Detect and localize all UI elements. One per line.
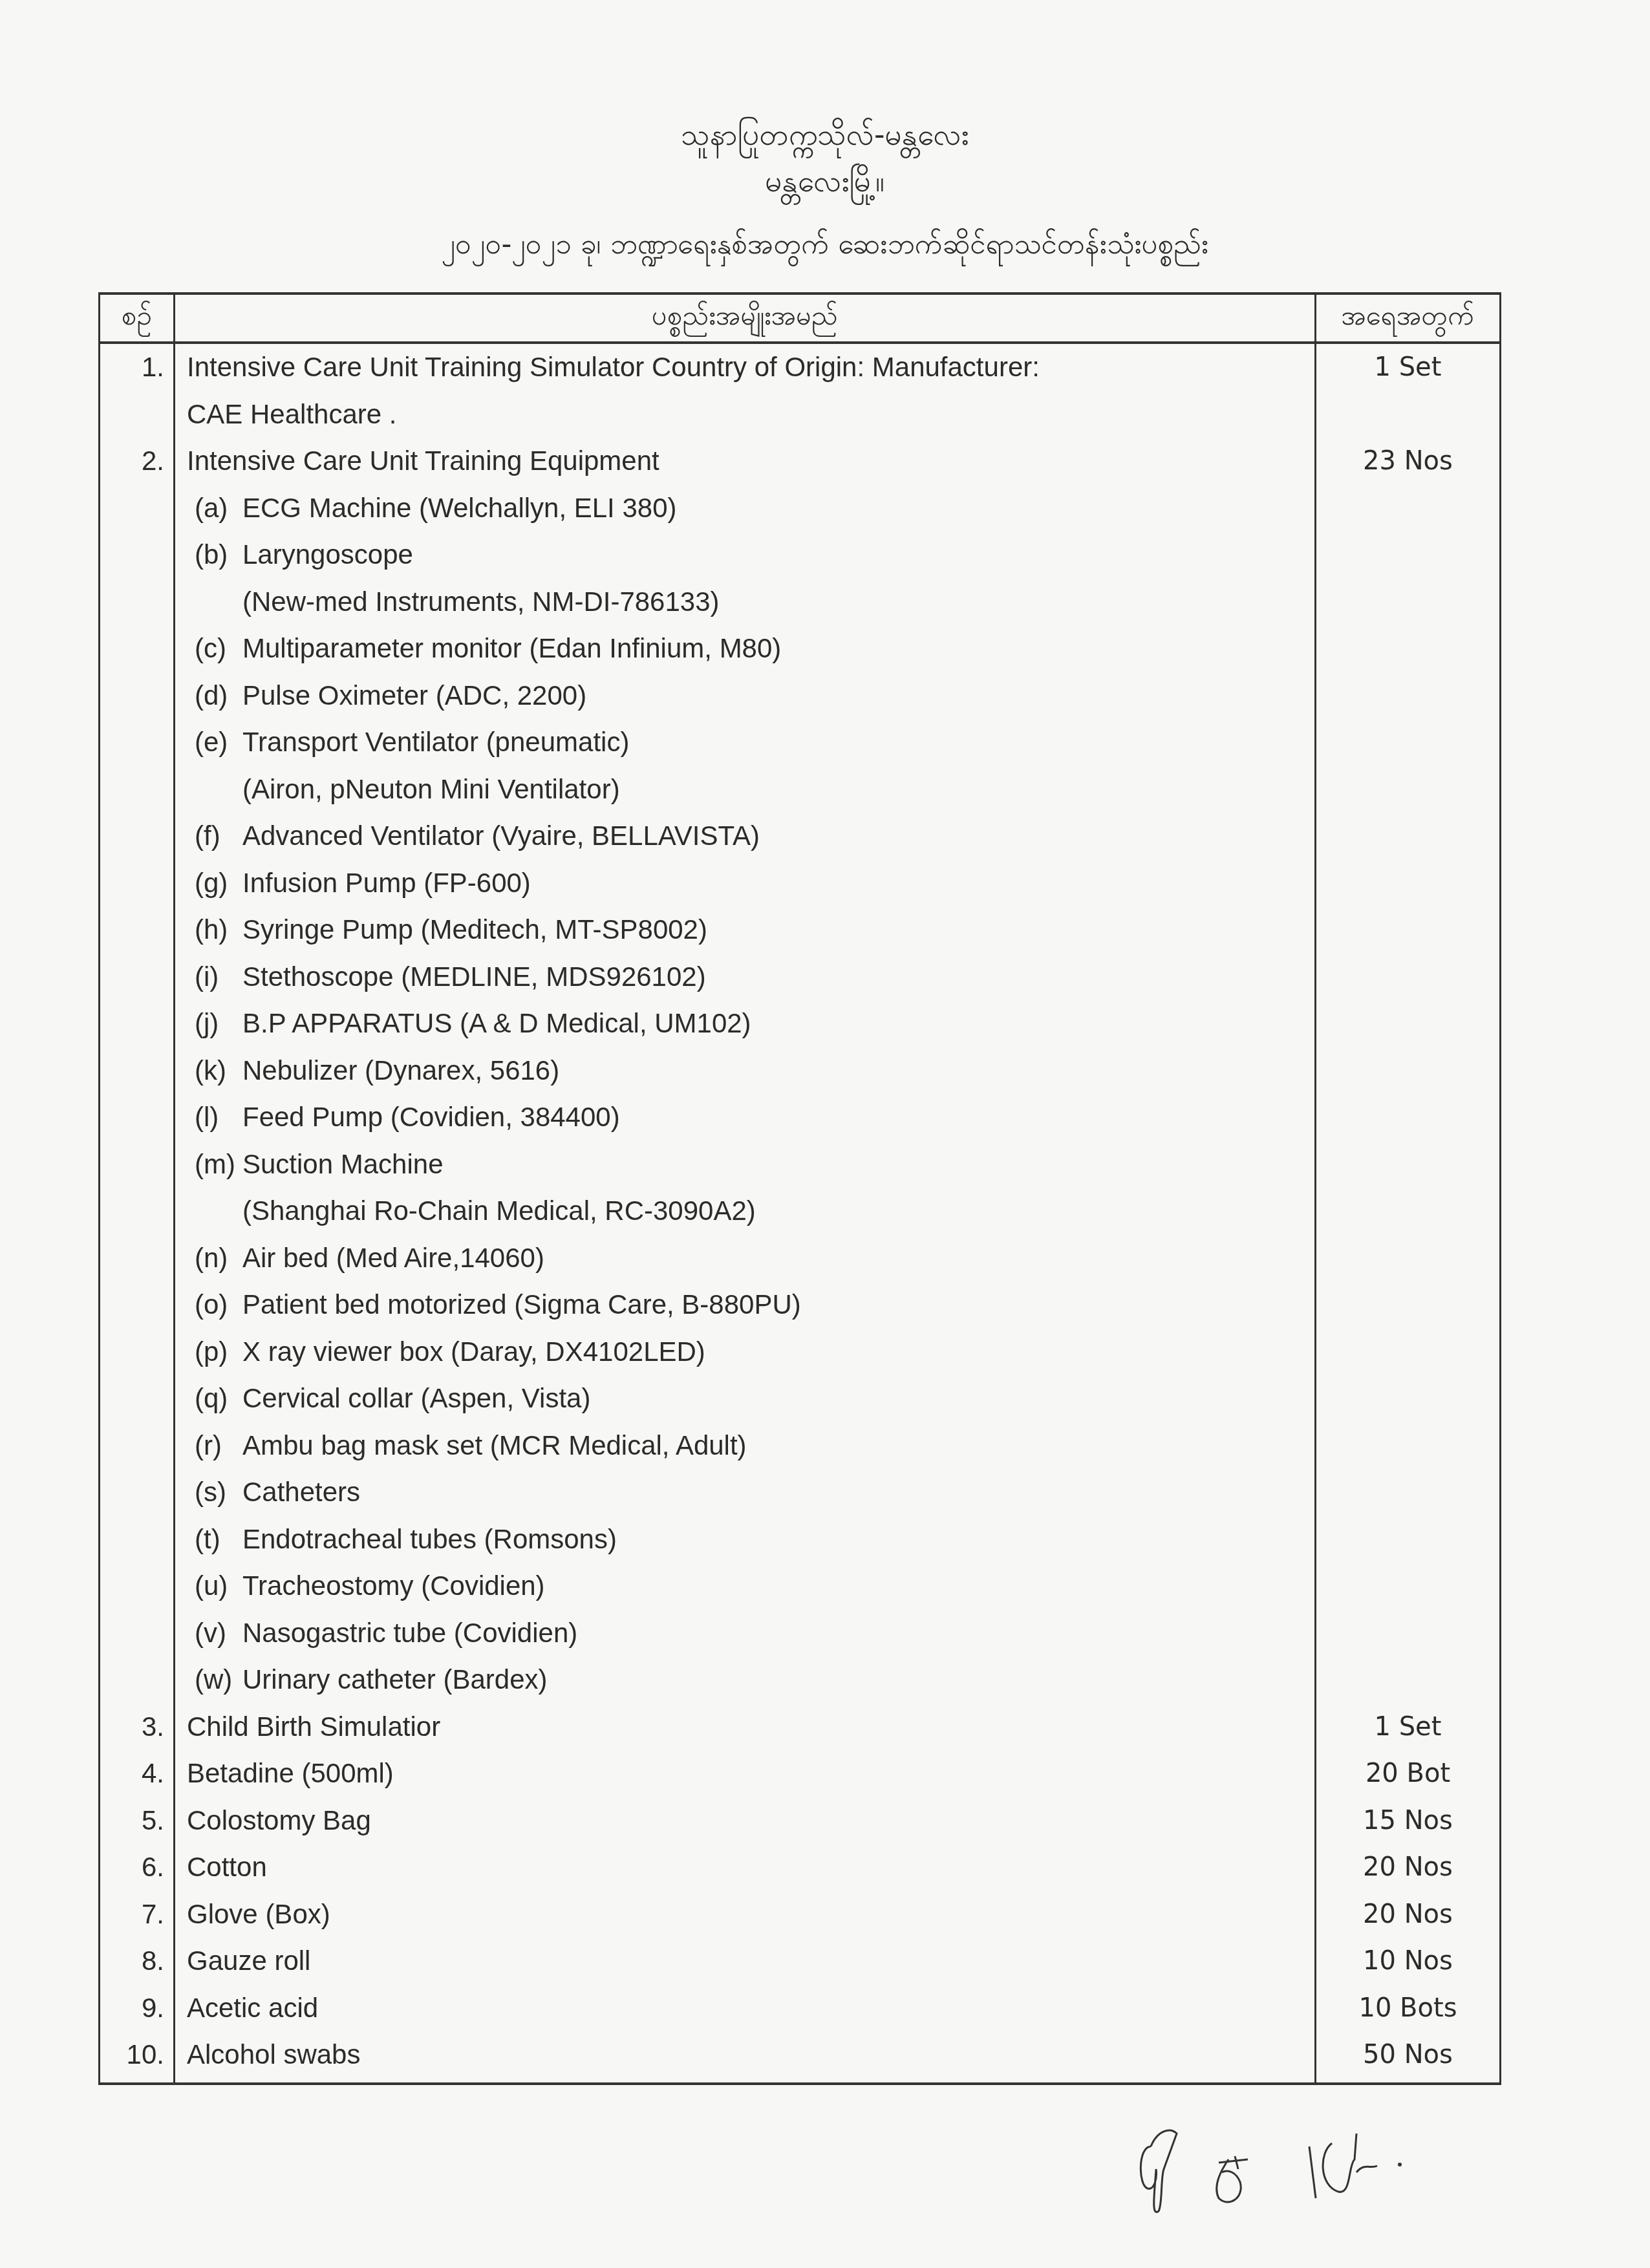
sub-item-label: (d) bbox=[195, 672, 242, 720]
column-header-serial: စဉ် bbox=[100, 294, 175, 343]
sub-item-label: (q) bbox=[195, 1375, 242, 1422]
description-line: Alcohol swabs bbox=[187, 2031, 1314, 2079]
sub-item: (m)Suction Machine bbox=[187, 1141, 1314, 1188]
serial-number: 4. bbox=[100, 1750, 175, 1797]
sub-item-label: (t) bbox=[195, 1516, 242, 1563]
sub-item-label: (l) bbox=[195, 1094, 242, 1141]
item-description: Gauze roll bbox=[175, 1938, 1316, 1985]
sub-item: (b)Laryngoscope bbox=[187, 531, 1314, 579]
item-description: Cotton bbox=[175, 1844, 1316, 1891]
sub-item: (u)Tracheostomy (Covidien) bbox=[187, 1563, 1314, 1610]
quantity: 23 Nos bbox=[1316, 438, 1501, 1704]
serial-number: 7. bbox=[100, 1891, 175, 1938]
quantity: 10 Bots bbox=[1316, 1985, 1501, 2032]
description-line: Colostomy Bag bbox=[187, 1797, 1314, 1845]
sub-item: (w)Urinary catheter (Bardex) bbox=[187, 1656, 1314, 1704]
sub-item-label: (o) bbox=[195, 1281, 242, 1329]
table-row: 3.Child Birth Simulatior1 Set bbox=[100, 1704, 1501, 1751]
description-line: Acetic acid bbox=[187, 1985, 1314, 2032]
sub-item-detail: (Shanghai Ro-Chain Medical, RC-3090A2) bbox=[187, 1188, 1314, 1235]
quantity: 15 Nos bbox=[1316, 1797, 1501, 1845]
sub-item-label: (k) bbox=[195, 1047, 242, 1095]
sub-item-text: Nebulizer (Dynarex, 5616) bbox=[242, 1055, 559, 1086]
sub-item-detail: (Airon, pNeuton Mini Ventilator) bbox=[187, 766, 1314, 813]
table-row: 6.Cotton20 Nos bbox=[100, 1844, 1501, 1891]
document-title: ၂၀၂၀-၂၀၂၁ ခု၊ ဘဏ္ဍာရေးနှစ်အတွက် ဆေးဘက်ဆိ… bbox=[0, 226, 1650, 268]
equipment-table: စဉ် ပစ္စည်းအမျိုးအမည် အရေအတွက် 1.Intensi… bbox=[98, 292, 1501, 2085]
sub-item-text: Nasogastric tube (Covidien) bbox=[242, 1618, 577, 1648]
serial-number: 1. bbox=[100, 343, 175, 438]
sub-item-label: (v) bbox=[195, 1610, 242, 1657]
table-row: 4.Betadine (500ml)20 Bot bbox=[100, 1750, 1501, 1797]
serial-number: 10. bbox=[100, 2031, 175, 2084]
sub-item: (r)Ambu bag mask set (MCR Medical, Adult… bbox=[187, 1422, 1314, 1470]
column-header-quantity: အရေအတွက် bbox=[1316, 294, 1501, 343]
sub-item: (p)X ray viewer box (Daray, DX4102LED) bbox=[187, 1329, 1314, 1376]
sub-item-label: (c) bbox=[195, 625, 242, 672]
description-line: Intensive Care Unit Training Equipment bbox=[187, 438, 1314, 485]
quantity: 10 Nos bbox=[1316, 1938, 1501, 1985]
sub-item-text: Catheters bbox=[242, 1477, 360, 1507]
sub-item-text: Multiparameter monitor (Edan Infinium, M… bbox=[242, 633, 781, 663]
quantity: 1 Set bbox=[1316, 343, 1501, 438]
sub-item: (h)Syringe Pump (Meditech, MT-SP8002) bbox=[187, 906, 1314, 954]
sub-item-label: (i) bbox=[195, 954, 242, 1001]
sub-item-label: (e) bbox=[195, 719, 242, 766]
quantity: 50 Nos bbox=[1316, 2031, 1501, 2084]
table-row: 1.Intensive Care Unit Training Simulator… bbox=[100, 343, 1501, 438]
description-line: Betadine (500ml) bbox=[187, 1750, 1314, 1797]
sub-item: (g)Infusion Pump (FP-600) bbox=[187, 860, 1314, 907]
table-row: 10.Alcohol swabs50 Nos bbox=[100, 2031, 1501, 2084]
table-row: 7.Glove (Box)20 Nos bbox=[100, 1891, 1501, 1938]
sub-item-text: Urinary catheter (Bardex) bbox=[242, 1664, 548, 1695]
sub-item-text: B.P APPARATUS (A & D Medical, UM102) bbox=[242, 1008, 751, 1038]
serial-number: 2. bbox=[100, 438, 175, 1704]
item-description: Colostomy Bag bbox=[175, 1797, 1316, 1845]
description-line: Child Birth Simulatior bbox=[187, 1704, 1314, 1751]
city-name: မန္တလေးမြို့။ bbox=[0, 163, 1650, 206]
sub-item-text: Cervical collar (Aspen, Vista) bbox=[242, 1383, 590, 1413]
signature-1 bbox=[1125, 2108, 1513, 2224]
sub-item: (s)Catheters bbox=[187, 1469, 1314, 1516]
institution-name: သူနာပြုတက္ကသိုလ်-မန္တလေး bbox=[0, 116, 1650, 160]
sub-item-text: Transport Ventilator (pneumatic) bbox=[242, 727, 629, 757]
table-row: 5.Colostomy Bag15 Nos bbox=[100, 1797, 1501, 1845]
sub-item-label: (r) bbox=[195, 1422, 242, 1470]
sub-item: (l)Feed Pump (Covidien, 384400) bbox=[187, 1094, 1314, 1141]
sub-item-label: (w) bbox=[195, 1656, 242, 1704]
description-line: Intensive Care Unit Training Simulator C… bbox=[187, 344, 1314, 391]
item-description: Child Birth Simulatior bbox=[175, 1704, 1316, 1751]
quantity: 1 Set bbox=[1316, 1704, 1501, 1751]
sub-item: (v)Nasogastric tube (Covidien) bbox=[187, 1610, 1314, 1657]
table-row: 9.Acetic acid10 Bots bbox=[100, 1985, 1501, 2032]
description-line: Glove (Box) bbox=[187, 1891, 1314, 1938]
table-row: 8.Gauze roll10 Nos bbox=[100, 1938, 1501, 1985]
sub-item: (i)Stethoscope (MEDLINE, MDS926102) bbox=[187, 954, 1314, 1001]
serial-number: 8. bbox=[100, 1938, 175, 1985]
sub-item: (n)Air bed (Med Aire,14060) bbox=[187, 1235, 1314, 1282]
sub-item-label: (f) bbox=[195, 813, 242, 860]
item-description: Intensive Care Unit Training Simulator C… bbox=[175, 343, 1316, 438]
sub-item-label: (p) bbox=[195, 1329, 242, 1376]
sub-item-text: Suction Machine bbox=[242, 1149, 444, 1179]
sub-item-text: Pulse Oximeter (ADC, 2200) bbox=[242, 680, 586, 711]
quantity: 20 Nos bbox=[1316, 1844, 1501, 1891]
item-description: Intensive Care Unit Training Equipment(a… bbox=[175, 438, 1316, 1704]
sub-item-text: Endotracheal tubes (Romsons) bbox=[242, 1524, 617, 1554]
sub-item: (o)Patient bed motorized (Sigma Care, B-… bbox=[187, 1281, 1314, 1329]
sub-item-label: (h) bbox=[195, 906, 242, 954]
serial-number: 5. bbox=[100, 1797, 175, 1845]
sub-item-text: Laryngoscope bbox=[242, 539, 413, 570]
sub-item-text: Patient bed motorized (Sigma Care, B-880… bbox=[242, 1289, 801, 1320]
item-description: Alcohol swabs bbox=[175, 2031, 1316, 2084]
sub-item-text: ECG Machine (Welchallyn, ELI 380) bbox=[242, 493, 677, 523]
sub-item-text: Infusion Pump (FP-600) bbox=[242, 868, 531, 898]
table-header-row: စဉ် ပစ္စည်းအမျိုးအမည် အရေအတွက် bbox=[100, 294, 1501, 343]
serial-number: 6. bbox=[100, 1844, 175, 1891]
signature-area bbox=[1125, 2108, 1513, 2224]
quantity: 20 Nos bbox=[1316, 1891, 1501, 1938]
sub-item-label: (u) bbox=[195, 1563, 242, 1610]
table-row: 2.Intensive Care Unit Training Equipment… bbox=[100, 438, 1501, 1704]
column-header-item-name: ပစ္စည်းအမျိုးအမည် bbox=[175, 294, 1316, 343]
sub-item-text: Ambu bag mask set (MCR Medical, Adult) bbox=[242, 1430, 747, 1460]
sub-item: (c)Multiparameter monitor (Edan Infinium… bbox=[187, 625, 1314, 672]
serial-number: 9. bbox=[100, 1985, 175, 2032]
sub-item: (d)Pulse Oximeter (ADC, 2200) bbox=[187, 672, 1314, 720]
item-description: Glove (Box) bbox=[175, 1891, 1316, 1938]
sub-item-text: Feed Pump (Covidien, 384400) bbox=[242, 1102, 620, 1132]
sub-item-text: X ray viewer box (Daray, DX4102LED) bbox=[242, 1336, 705, 1367]
sub-item-text: Air bed (Med Aire,14060) bbox=[242, 1243, 544, 1273]
sub-item-label: (b) bbox=[195, 531, 242, 579]
item-description: Betadine (500ml) bbox=[175, 1750, 1316, 1797]
quantity: 20 Bot bbox=[1316, 1750, 1501, 1797]
sub-item-text: Advanced Ventilator (Vyaire, BELLAVISTA) bbox=[242, 820, 760, 851]
sub-item-label: (s) bbox=[195, 1469, 242, 1516]
sub-item: (k)Nebulizer (Dynarex, 5616) bbox=[187, 1047, 1314, 1095]
sub-item: (f)Advanced Ventilator (Vyaire, BELLAVIS… bbox=[187, 813, 1314, 860]
sub-item: (j)B.P APPARATUS (A & D Medical, UM102) bbox=[187, 1000, 1314, 1047]
description-line: CAE Healthcare . bbox=[187, 391, 1314, 438]
sub-item-label: (a) bbox=[195, 485, 242, 532]
description-line: Cotton bbox=[187, 1844, 1314, 1891]
sub-item-label: (n) bbox=[195, 1235, 242, 1282]
sub-item-label: (j) bbox=[195, 1000, 242, 1047]
serial-number: 3. bbox=[100, 1704, 175, 1751]
sub-item-text: Tracheostomy (Covidien) bbox=[242, 1570, 545, 1601]
description-line: Gauze roll bbox=[187, 1938, 1314, 1985]
sub-item: (q)Cervical collar (Aspen, Vista) bbox=[187, 1375, 1314, 1422]
sub-item-text: Syringe Pump (Meditech, MT-SP8002) bbox=[242, 914, 707, 945]
item-description: Acetic acid bbox=[175, 1985, 1316, 2032]
sub-item-label: (g) bbox=[195, 860, 242, 907]
sub-item: (t)Endotracheal tubes (Romsons) bbox=[187, 1516, 1314, 1563]
sub-item-text: Stethoscope (MEDLINE, MDS926102) bbox=[242, 961, 706, 992]
sub-item: (e)Transport Ventilator (pneumatic) bbox=[187, 719, 1314, 766]
sub-item-label: (m) bbox=[195, 1141, 242, 1188]
sub-item-detail: (New-med Instruments, NM-DI-786133) bbox=[187, 579, 1314, 626]
sub-item: (a)ECG Machine (Welchallyn, ELI 380) bbox=[187, 485, 1314, 532]
